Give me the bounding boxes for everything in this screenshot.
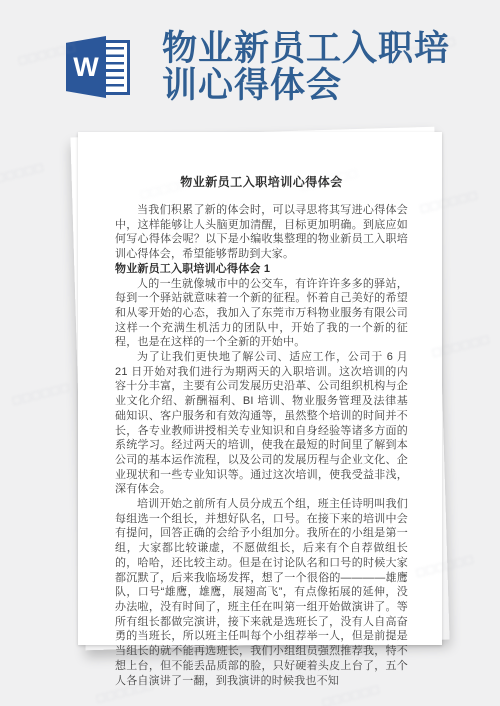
document-page: 物业新员工入职培训心得体会 当我们积累了新的体会时，可以寻思将其写进心得体会中，…: [78, 132, 442, 645]
page-title-line2: 训心得体会: [162, 67, 450, 104]
watermark: □□□□□□: [11, 379, 72, 408]
word-icon-letter: W: [73, 54, 98, 81]
word-icon-document-lines: [105, 47, 124, 88]
document-title: 物业新员工入职培训心得体会: [115, 173, 408, 190]
document-paragraph: 培训开始之前所有人员分成五个组，班主任诗明叫我们每组选一个组长，并想好队名，口号…: [115, 497, 408, 688]
word-icon-panel: W: [66, 36, 106, 98]
document-paragraph: 为了让我们更快地了解公司、适应工作，公司于 6 月 21 日开始对我们进行为期两…: [115, 350, 408, 497]
document-body: 当我们积累了新的体会时，可以寻思将其写进心得体会中，这样能够让人头脑更加清醒，目…: [115, 203, 408, 688]
document-paragraph: 当我们积累了新的体会时，可以寻思将其写进心得体会中，这样能够让人头脑更加清醒，目…: [115, 203, 408, 262]
document-paragraph: 人的一生就像城市中的公交车，有许许许多多的驿站，每到一个驿站就意味着一个新的征程…: [115, 277, 408, 351]
word-icon: W: [66, 36, 132, 98]
document-heading: 物业新员工入职培训心得体会 1: [115, 262, 408, 277]
page-title: 物业新员工入职培 训心得体会: [162, 30, 450, 104]
watermark: □□□□□□: [0, 159, 46, 188]
page-title-line1: 物业新员工入职培: [162, 30, 450, 67]
header: W 物业新员工入职培 训心得体会: [66, 30, 476, 104]
